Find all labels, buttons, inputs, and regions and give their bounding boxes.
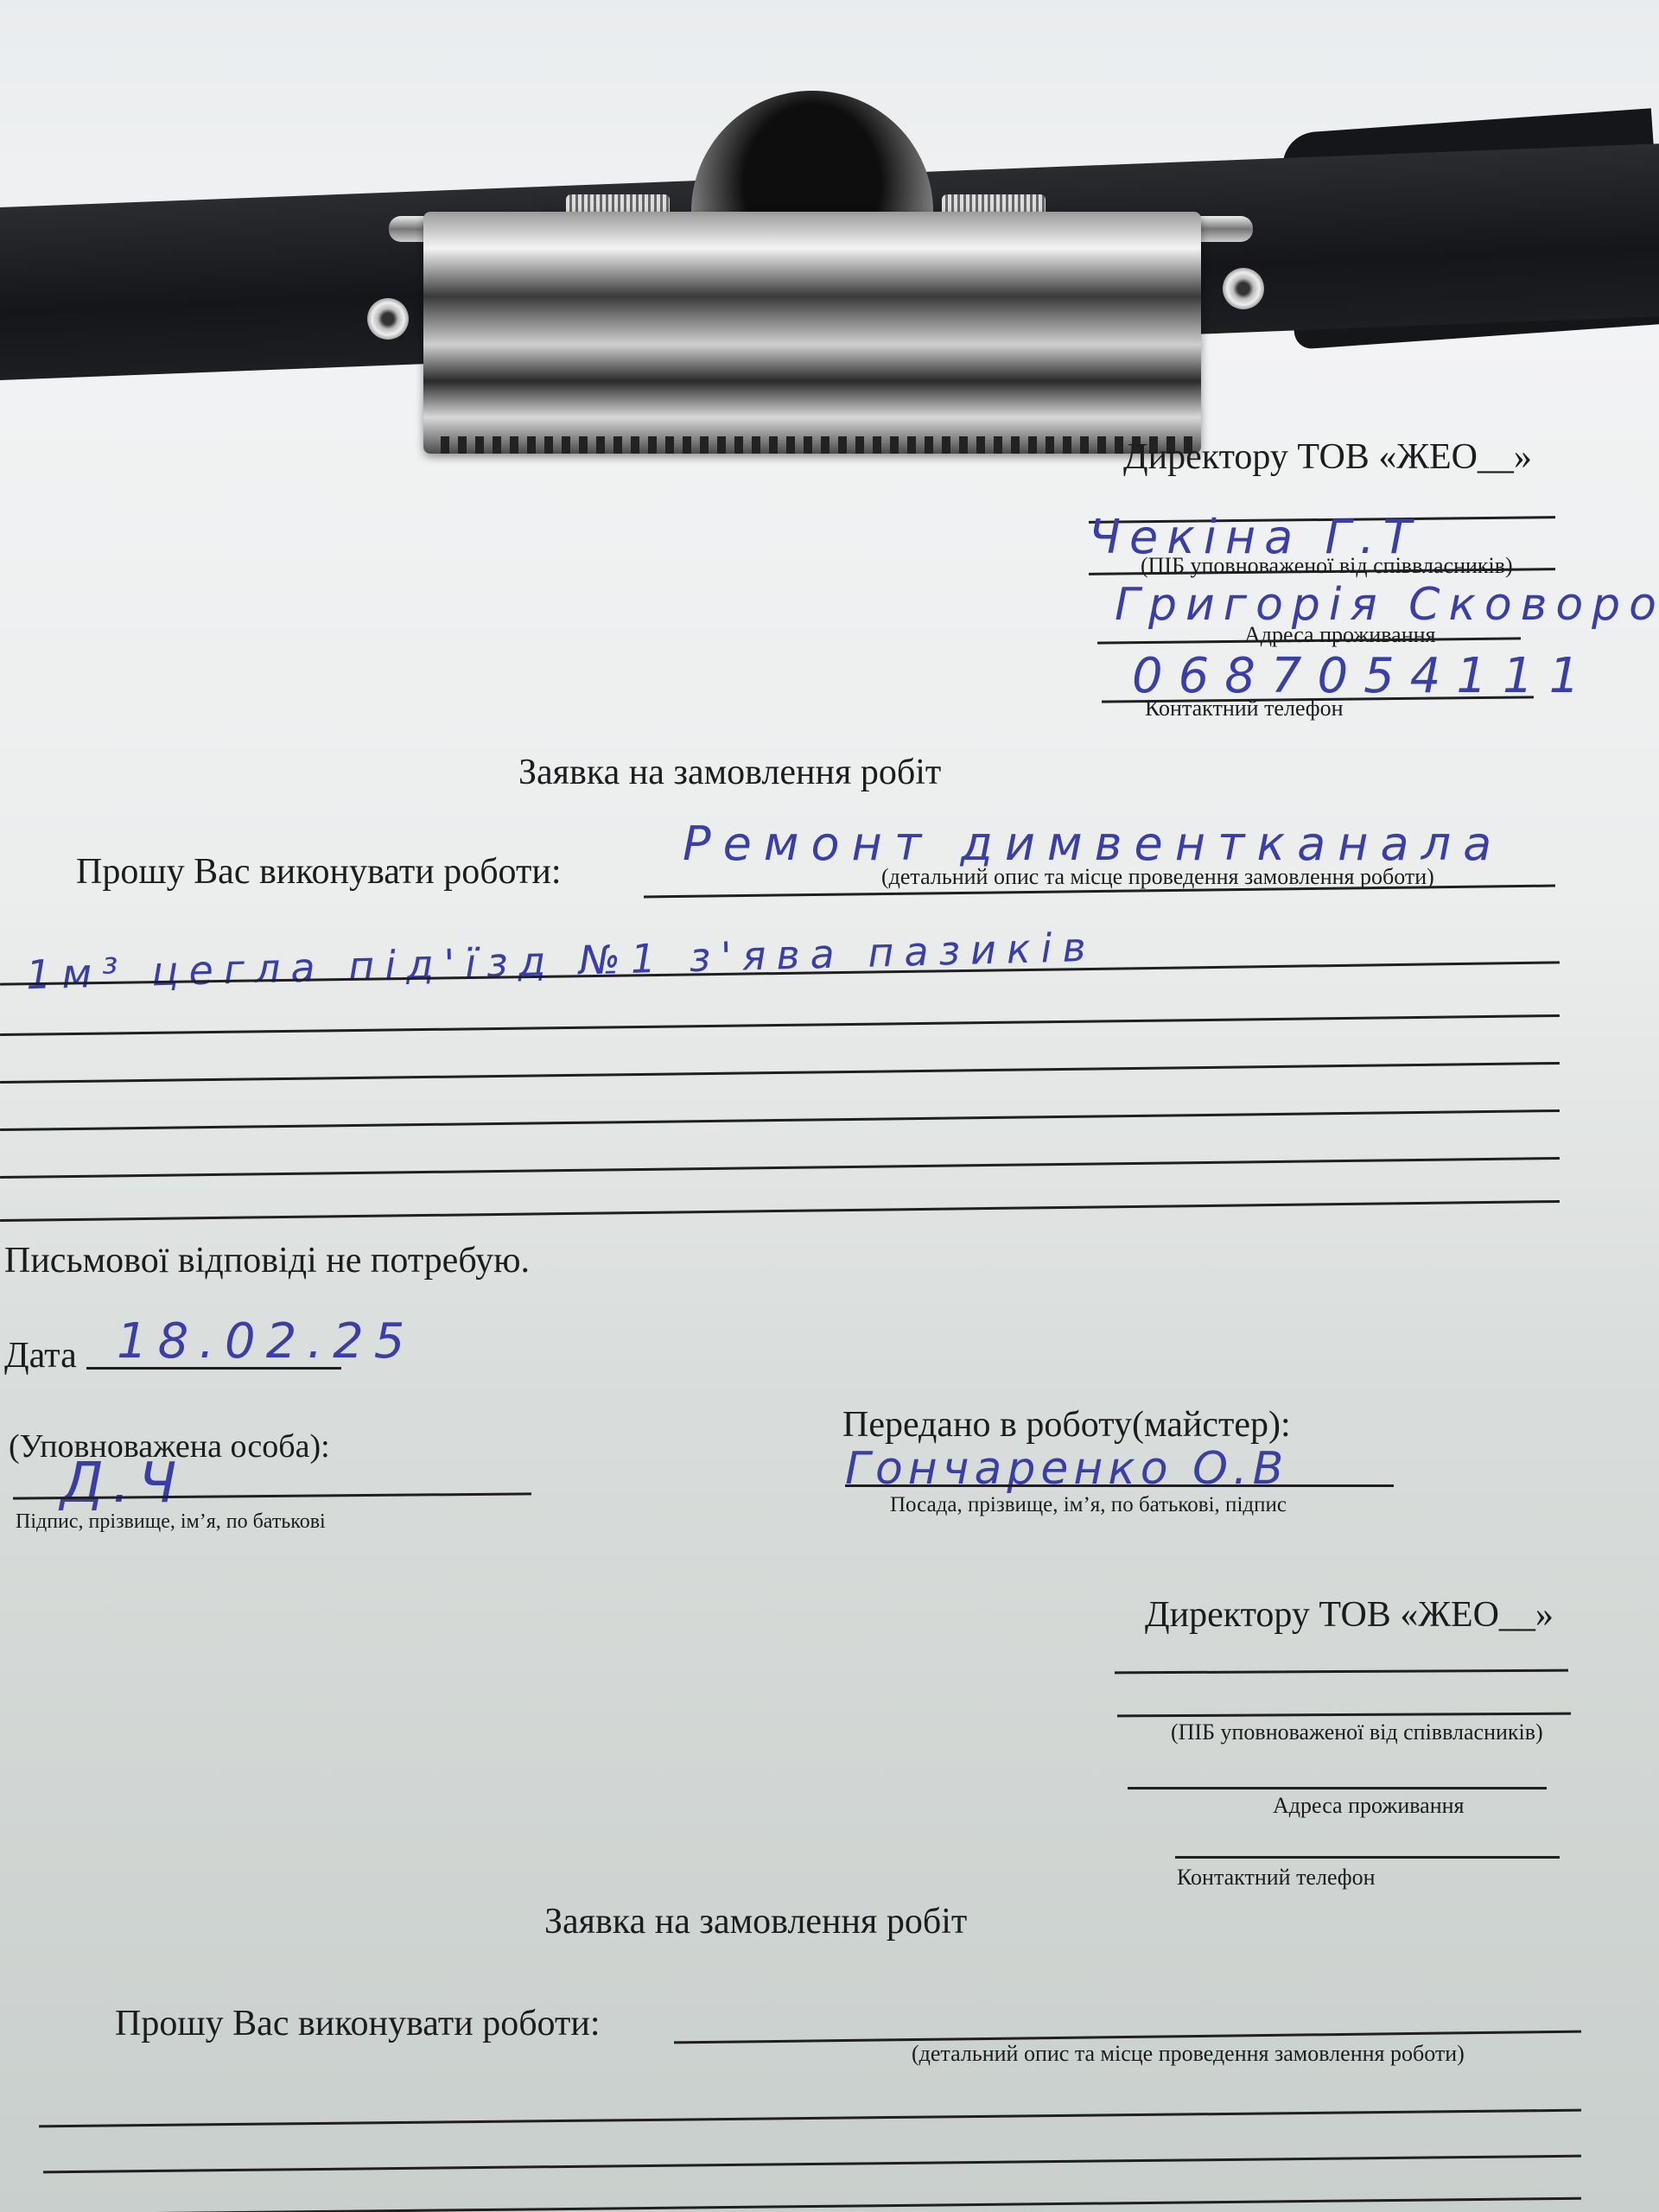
no-reply-note: Письмової відповіді не потребую. — [4, 1240, 530, 1281]
name-caption: (ПІБ уповноваженої від співвласників) — [1141, 553, 1513, 579]
date-line — [86, 1367, 341, 1370]
date-value: 18.02.25 — [117, 1313, 415, 1370]
assigned-line — [845, 1484, 1394, 1487]
request-caption: (детальний опис та місце проведення замо… — [881, 864, 1434, 890]
request-value-line1: Ремонт димвентканала — [683, 817, 1503, 871]
assigned-caption: Посада, прізвище, ім’я, по батькові, під… — [890, 1493, 1287, 1517]
assigned-value: Гончаренко О.В — [845, 1443, 1288, 1495]
address-caption-2: Адреса проживання — [1273, 1793, 1465, 1819]
phone-caption: Контактний телефон — [1145, 696, 1344, 721]
phone-line-2 — [1175, 1856, 1560, 1859]
request-caption-2: (детальний опис та місце проведення замо… — [912, 2041, 1465, 2067]
authorized-caption: Підпис, прізвище, ім’я, по батькові — [16, 1510, 326, 1534]
authorized-signature: Д.Ч — [60, 1452, 185, 1516]
rivet-left-icon — [367, 298, 409, 340]
address-caption: Адреса проживання — [1244, 622, 1436, 648]
date-label: Дата — [4, 1335, 77, 1376]
addressee: Директору ТОВ «ЖЕО__» — [1123, 436, 1532, 478]
address-line-2 — [1128, 1787, 1547, 1789]
request-label: Прошу Вас виконувати роботи: — [76, 851, 562, 893]
request-label-2: Прошу Вас виконувати роботи: — [115, 2003, 601, 2044]
addressee-2: Директору ТОВ «ЖЕО__» — [1145, 1594, 1554, 1636]
name-caption-2: (ПІБ уповноваженої від співвласників) — [1171, 1719, 1543, 1745]
phone-caption-2: Контактний телефон — [1177, 1865, 1376, 1891]
assigned-label: Передано в роботу(майстер): — [842, 1404, 1291, 1446]
form-title-2: Заявка на замовлення робіт — [544, 1901, 967, 1942]
clip-teeth — [441, 436, 1201, 454]
form-title: Заявка на замовлення робіт — [518, 752, 941, 793]
clipboard-clip — [423, 212, 1201, 454]
rivet-right-icon — [1223, 268, 1264, 309]
